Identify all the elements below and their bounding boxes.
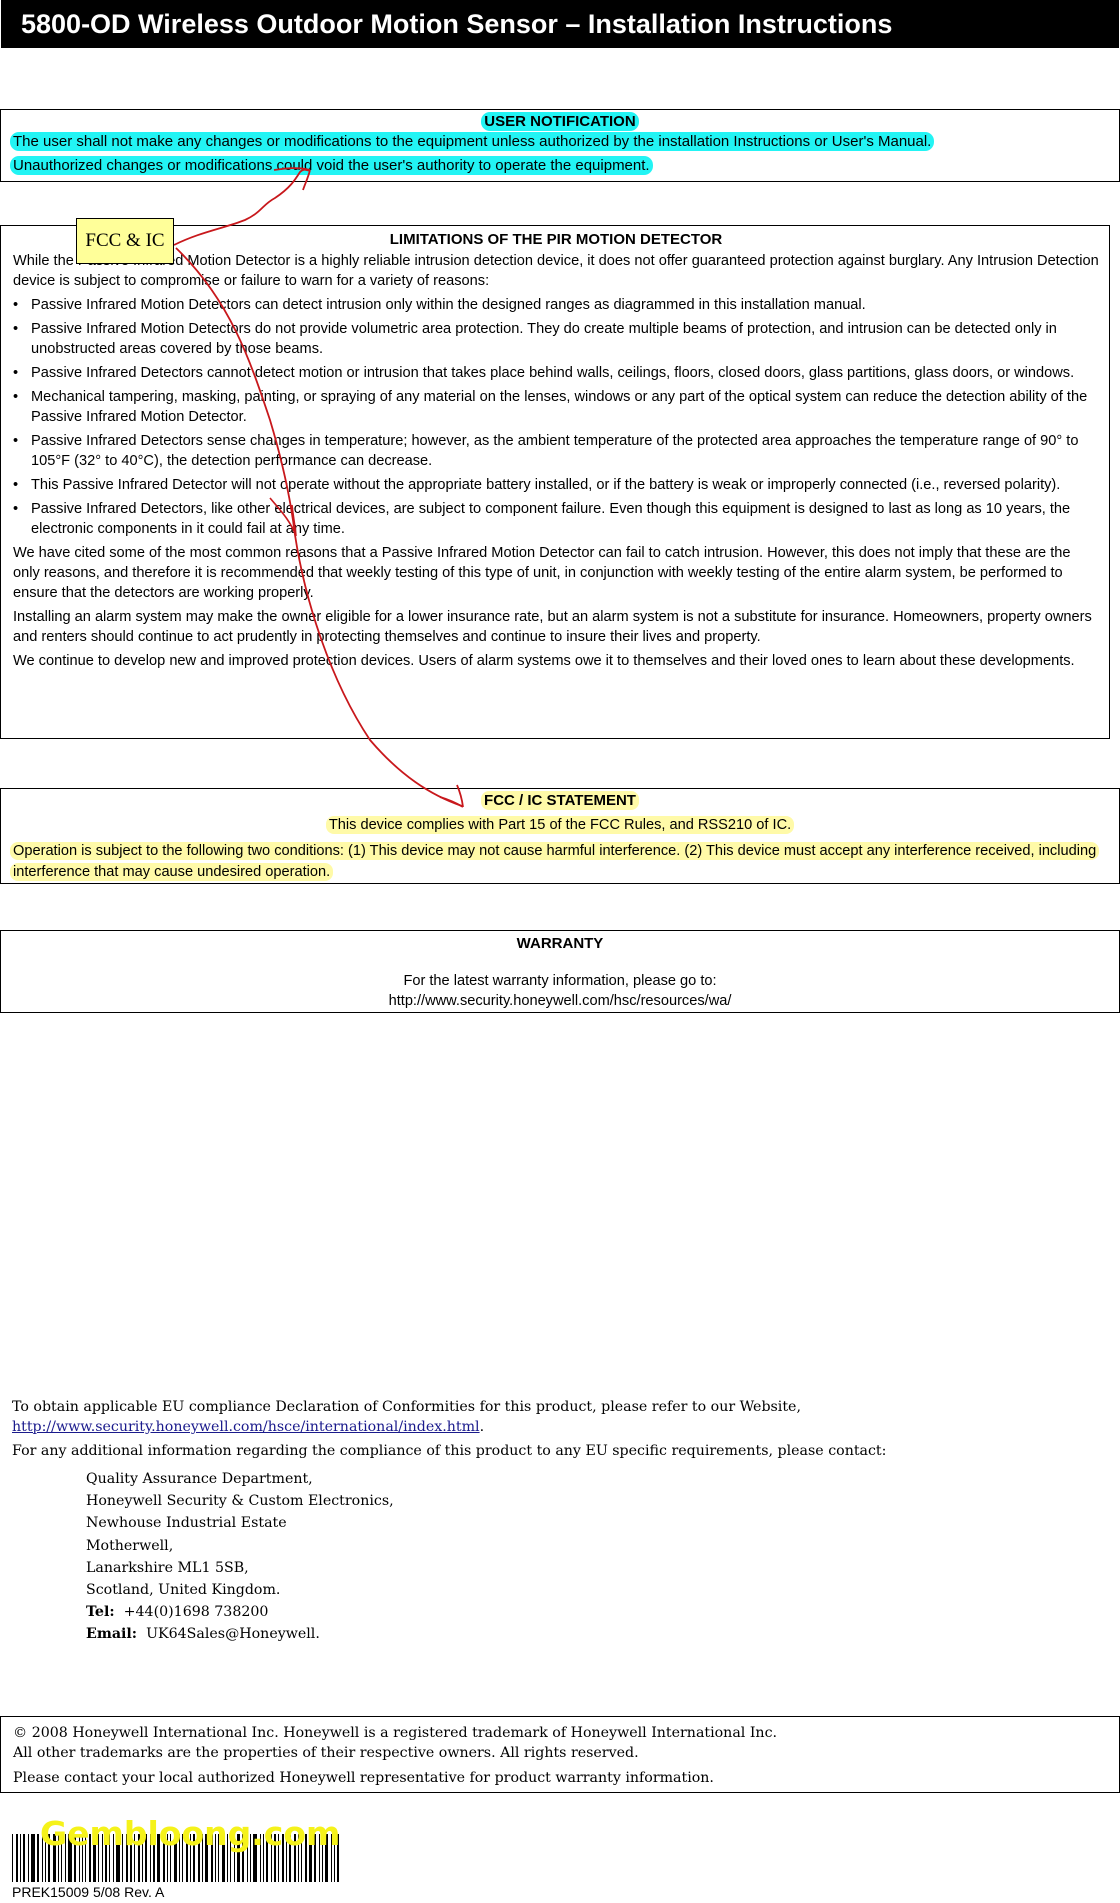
eu-compliance-text: To obtain applicable EU compliance Decla… (12, 1397, 886, 1461)
copyright-line: © 2008 Honeywell International Inc. Hone… (13, 1723, 1119, 1743)
address-line: Scotland, United Kingdom. (86, 1579, 394, 1601)
limitations-title: LIMITATIONS OF THE PIR MOTION DETECTOR (13, 230, 1099, 250)
eu-compliance-line: To obtain applicable EU compliance Decla… (12, 1397, 886, 1417)
list-item: Passive Infrared Detectors cannot detect… (13, 363, 1099, 383)
fcc-ic-statement-section: FCC / IC STATEMENT This device complies … (0, 788, 1120, 884)
address-line: Quality Assurance Department, (86, 1468, 394, 1490)
warranty-text: For the latest warranty information, ple… (1, 971, 1119, 991)
limitations-paragraph: We continue to develop new and improved … (13, 651, 1099, 671)
user-notification-line: Unauthorized changes or modifications co… (10, 157, 653, 174)
list-item: Mechanical tampering, masking, painting,… (13, 387, 1099, 427)
list-item: Passive Infrared Motion Detectors do not… (13, 319, 1099, 359)
address-line: Lanarkshire ML1 5SB, (86, 1557, 394, 1579)
tel-line: Tel: +44(0)1698 738200 (86, 1601, 394, 1623)
email-value: UK64Sales@Honeywell. (146, 1626, 320, 1642)
tel-label: Tel: (86, 1604, 115, 1620)
sticky-note-label: FCC & IC (85, 230, 164, 251)
watermark: Gembloong.com (40, 1814, 340, 1853)
link-suffix: . (480, 1419, 485, 1435)
fcc-compliance-text: This device complies with Part 15 of the… (1, 817, 1119, 833)
eu-compliance-link[interactable]: http://www.security.honeywell.com/hsce/i… (12, 1419, 480, 1435)
warranty-section: WARRANTY For the latest warranty informa… (0, 930, 1120, 1013)
document-title: 5800-OD Wireless Outdoor Motion Sensor –… (21, 9, 892, 39)
address-line: Newhouse Industrial Estate (86, 1512, 394, 1534)
sticky-note-annotation[interactable]: FCC & IC (76, 218, 174, 264)
list-item: Passive Infrared Detectors, like other e… (13, 499, 1099, 539)
document-code: PREK15009 5/08 Rev. A (12, 1884, 164, 1900)
limitations-list: Passive Infrared Motion Detectors can de… (13, 295, 1099, 539)
document-title-bar: 5800-OD Wireless Outdoor Motion Sensor –… (1, 0, 1119, 48)
trademarks-line: All other trademarks are the properties … (13, 1743, 1119, 1763)
email-line: Email: UK64Sales@Honeywell. (86, 1623, 394, 1645)
warranty-contact-line: Please contact your local authorized Hon… (13, 1768, 1119, 1788)
address-line: Honeywell Security & Custom Electronics, (86, 1490, 394, 1512)
address-line: Motherwell, (86, 1535, 394, 1557)
eu-contact-line: For any additional information regarding… (12, 1441, 886, 1461)
list-item: Passive Infrared Motion Detectors can de… (13, 295, 1099, 315)
limitations-intro: While the Passive Infrared Motion Detect… (13, 251, 1099, 291)
user-notification-title: USER NOTIFICATION (1, 113, 1119, 130)
fcc-operation-text: Operation is subject to the following tw… (10, 841, 1113, 882)
copyright-section: © 2008 Honeywell International Inc. Hone… (0, 1716, 1120, 1793)
limitations-paragraph: We have cited some of the most common re… (13, 543, 1099, 603)
warranty-title: WARRANTY (1, 935, 1119, 952)
user-notification-line: The user shall not make any changes or m… (10, 133, 934, 150)
list-item: Passive Infrared Detectors sense changes… (13, 431, 1099, 471)
tel-value: +44(0)1698 738200 (124, 1604, 269, 1620)
user-notification-section: USER NOTIFICATION The user shall not mak… (0, 109, 1120, 182)
list-item: This Passive Infrared Detector will not … (13, 475, 1099, 495)
limitations-section: LIMITATIONS OF THE PIR MOTION DETECTOR W… (0, 225, 1110, 739)
limitations-paragraph: Installing an alarm system may make the … (13, 607, 1099, 647)
email-label: Email: (86, 1626, 137, 1642)
fcc-title: FCC / IC STATEMENT (1, 792, 1119, 809)
contact-address: Quality Assurance Department, Honeywell … (86, 1468, 394, 1646)
warranty-url: http://www.security.honeywell.com/hsc/re… (1, 991, 1119, 1011)
